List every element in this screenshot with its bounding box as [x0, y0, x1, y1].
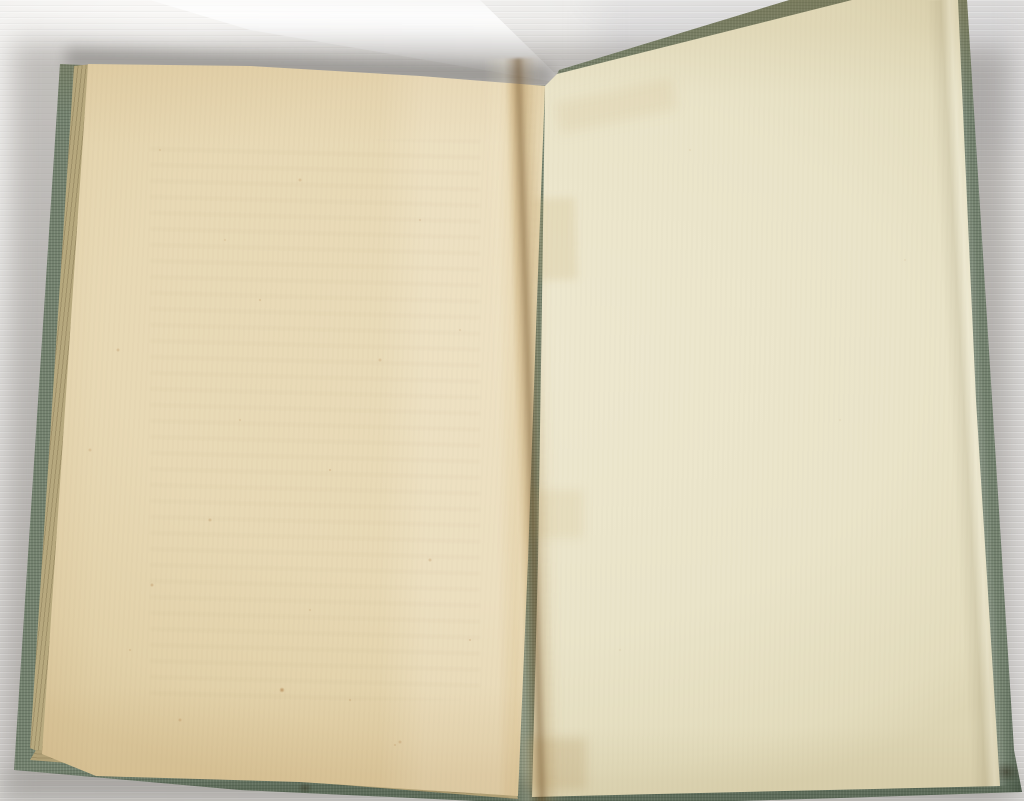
book-photograph	[0, 0, 1024, 801]
